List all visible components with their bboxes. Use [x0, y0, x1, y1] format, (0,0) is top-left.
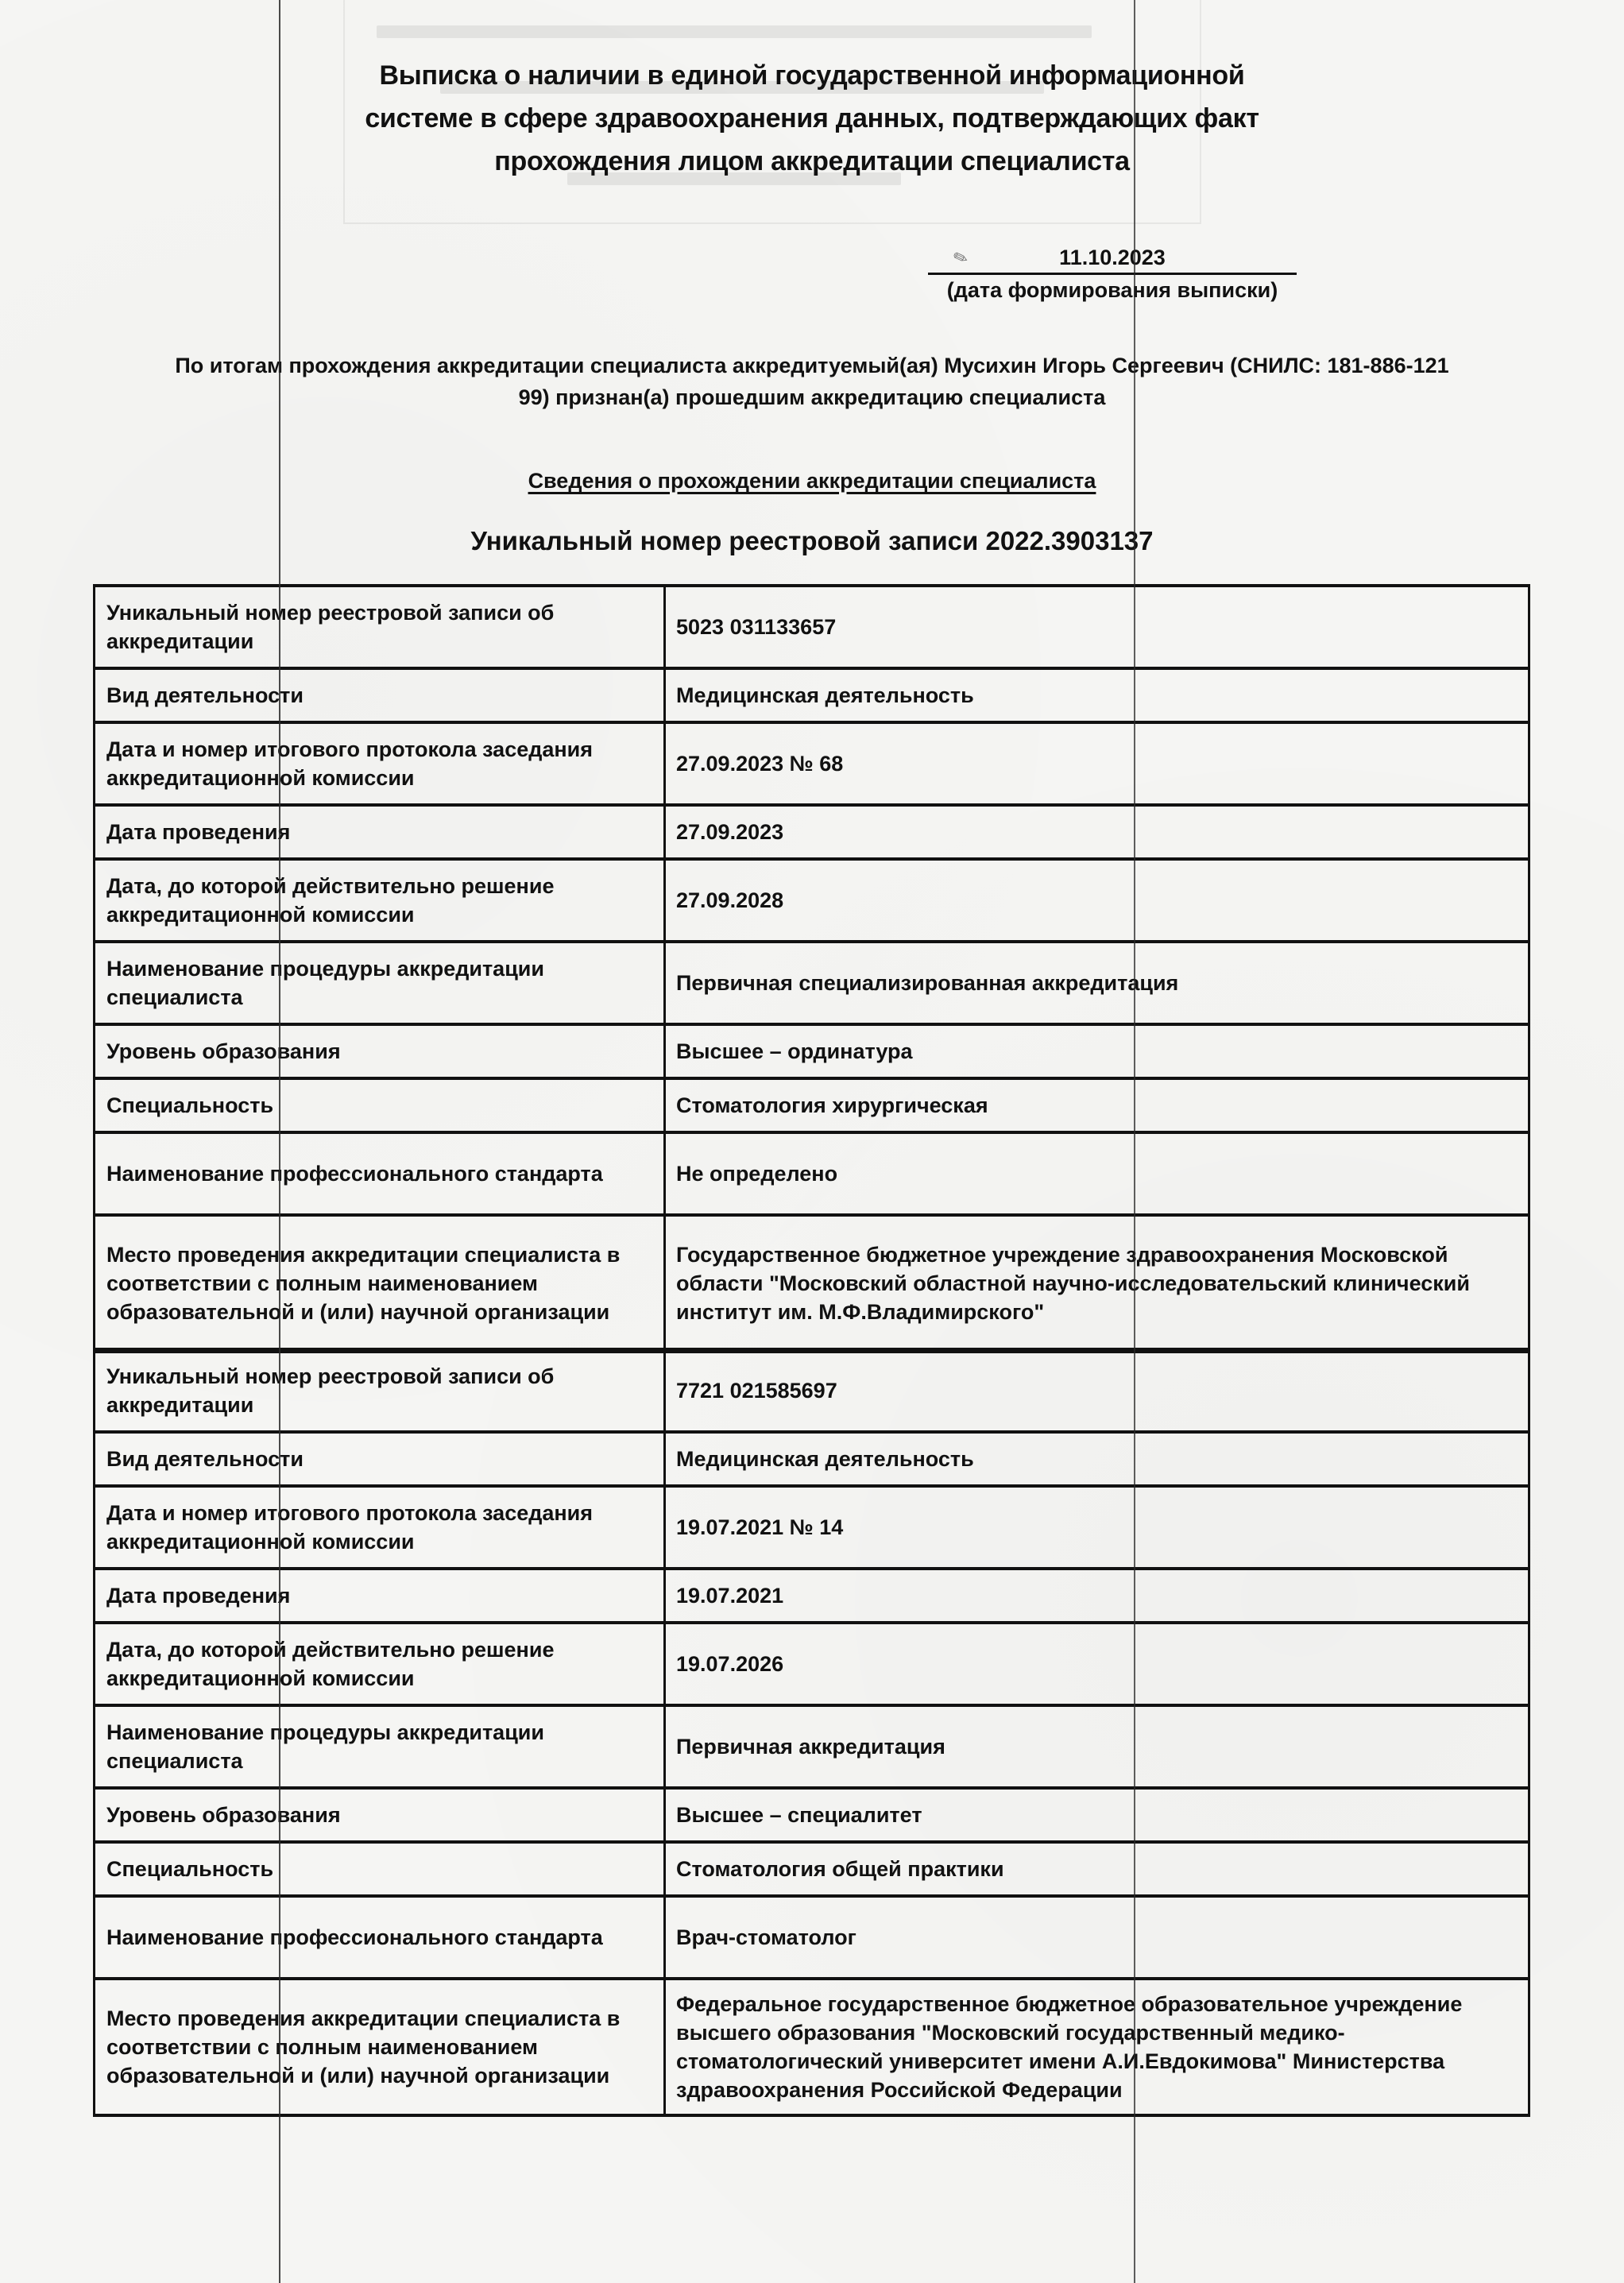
row-label: Наименование процедуры аккредитации спец…: [95, 1705, 665, 1788]
row-label: Дата, до которой действительно решение а…: [95, 1623, 665, 1705]
table-row: Вид деятельности Медицинская деятельност…: [95, 668, 1529, 722]
row-value: Медицинская деятельность: [665, 1432, 1529, 1486]
row-value: 5023 031133657: [665, 586, 1529, 668]
row-label: Вид деятельности: [95, 1432, 665, 1486]
table-row: Дата и номер итогового протокола заседан…: [95, 722, 1529, 805]
section-heading-text: Сведения о прохождении аккредитации спец…: [528, 469, 1096, 493]
registry-title: Уникальный номер реестровой записи 2022.…: [0, 526, 1624, 556]
extract-date-caption: (дата формирования выписки): [928, 275, 1297, 305]
row-label: Дата, до которой действительно решение а…: [95, 859, 665, 942]
row-value: 27.09.2023: [665, 805, 1529, 859]
row-value: Федеральное государственное бюджетное об…: [665, 1979, 1529, 2115]
row-label: Уникальный номер реестровой записи об ак…: [95, 586, 665, 668]
row-value: Медицинская деятельность: [665, 668, 1529, 722]
section-heading: Сведения о прохождении аккредитации спец…: [0, 469, 1624, 493]
row-label: Место проведения аккредитации специалист…: [95, 1979, 665, 2115]
row-value: 19.07.2026: [665, 1623, 1529, 1705]
intro-paragraph: По итогам прохождения аккредитации специ…: [87, 350, 1537, 413]
table-row: Наименование процедуры аккредитации спец…: [95, 942, 1529, 1024]
row-label: Место проведения аккредитации специалист…: [95, 1215, 665, 1352]
row-label: Уровень образования: [95, 1024, 665, 1078]
row-label: Уровень образования: [95, 1788, 665, 1842]
table-row: Уникальный номер реестровой записи об ак…: [95, 1349, 1529, 1432]
extract-date-block: 11.10.2023 (дата формирования выписки): [928, 243, 1297, 305]
document-title: Выписка о наличии в единой государственн…: [0, 54, 1624, 183]
table-row: Вид деятельности Медицинская деятельност…: [95, 1432, 1529, 1486]
table-row: Уровень образования Высшее – специалитет: [95, 1788, 1529, 1842]
row-label: Дата проведения: [95, 1569, 665, 1623]
row-label: Специальность: [95, 1842, 665, 1896]
row-value: Первичная аккредитация: [665, 1705, 1529, 1788]
table-row: Дата и номер итогового протокола заседан…: [95, 1486, 1529, 1569]
row-value: Стоматология общей практики: [665, 1842, 1529, 1896]
row-value: Врач-стоматолог: [665, 1896, 1529, 1979]
intro-line: По итогам прохождения аккредитации специ…: [87, 350, 1537, 381]
row-value: Высшее – ординатура: [665, 1024, 1529, 1078]
table-row: Наименование профессионального стандарта…: [95, 1132, 1529, 1215]
table-row: Дата, до которой действительно решение а…: [95, 1623, 1529, 1705]
table-row: Специальность Стоматология хирургическая: [95, 1078, 1529, 1132]
row-value: Высшее – специалитет: [665, 1788, 1529, 1842]
table-row: Уровень образования Высшее – ординатура: [95, 1024, 1529, 1078]
row-value: 19.07.2021 № 14: [665, 1486, 1529, 1569]
row-value: Государственное бюджетное учреждение здр…: [665, 1215, 1529, 1352]
table-row: Наименование процедуры аккредитации спец…: [95, 1705, 1529, 1788]
table-row: Уникальный номер реестровой записи об ак…: [95, 586, 1529, 668]
row-label: Уникальный номер реестровой записи об ак…: [95, 1349, 665, 1432]
row-label: Дата и номер итогового протокола заседан…: [95, 722, 665, 805]
row-value: 19.07.2021: [665, 1569, 1529, 1623]
table-row: Дата проведения 27.09.2023: [95, 805, 1529, 859]
row-value: Не определено: [665, 1132, 1529, 1215]
table-row: Место проведения аккредитации специалист…: [95, 1979, 1529, 2115]
title-line: Выписка о наличии в единой государственн…: [0, 54, 1624, 97]
row-value: 27.09.2028: [665, 859, 1529, 942]
table-row: Дата, до которой действительно решение а…: [95, 859, 1529, 942]
scanned-page: Выписка о наличии в единой государственн…: [0, 0, 1624, 2283]
intro-line: 99) признан(а) прошедшим аккредитацию сп…: [87, 381, 1537, 413]
scanner-streak-right: [1134, 0, 1135, 2283]
table-row: Место проведения аккредитации специалист…: [95, 1215, 1529, 1352]
accreditation-table-2: Уникальный номер реестровой записи об ак…: [93, 1348, 1530, 2117]
row-label: Наименование профессионального стандарта: [95, 1896, 665, 1979]
row-label: Наименование процедуры аккредитации спец…: [95, 942, 665, 1024]
title-line: системе в сфере здравоохранения данных, …: [0, 97, 1624, 140]
row-label: Наименование профессионального стандарта: [95, 1132, 665, 1215]
table-row: Дата проведения 19.07.2021: [95, 1569, 1529, 1623]
title-line: прохождения лицом аккредитации специалис…: [0, 140, 1624, 183]
row-label: Специальность: [95, 1078, 665, 1132]
row-label: Дата и номер итогового протокола заседан…: [95, 1486, 665, 1569]
row-label: Вид деятельности: [95, 668, 665, 722]
row-value: Стоматология хирургическая: [665, 1078, 1529, 1132]
row-value: Первичная специализированная аккредитаци…: [665, 942, 1529, 1024]
table-row: Наименование профессионального стандарта…: [95, 1896, 1529, 1979]
row-label: Дата проведения: [95, 805, 665, 859]
scanner-streak-left: [279, 0, 280, 2283]
row-value: 7721 021585697: [665, 1349, 1529, 1432]
table-row: Специальность Стоматология общей практик…: [95, 1842, 1529, 1896]
extract-date: 11.10.2023: [928, 243, 1297, 275]
accreditation-table-1: Уникальный номер реестровой записи об ак…: [93, 584, 1530, 1353]
row-value: 27.09.2023 № 68: [665, 722, 1529, 805]
